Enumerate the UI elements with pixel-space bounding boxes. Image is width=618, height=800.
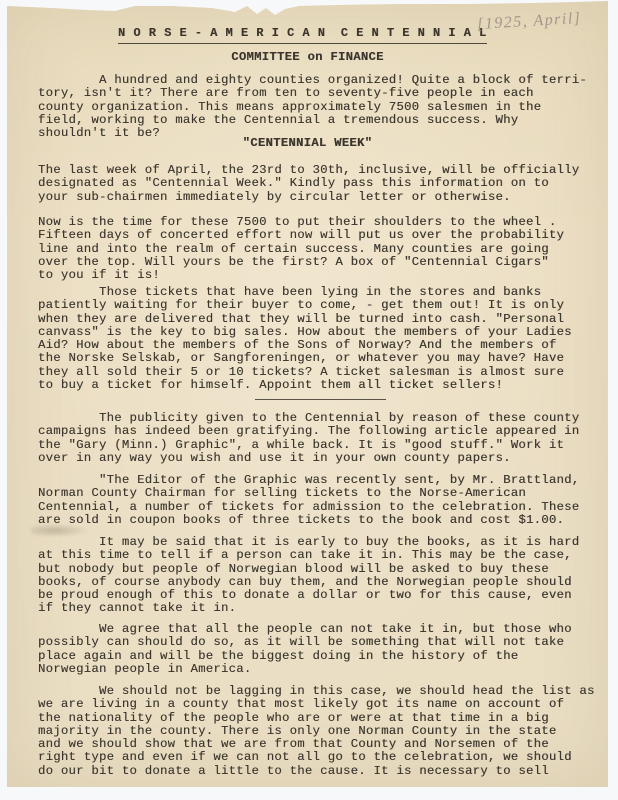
paragraph-counties-organized: A hundred and eighty counties organized!…: [38, 74, 587, 140]
paragraph-early-to-buy: It may be said that it is early to buy t…: [38, 536, 579, 616]
scanned-page-background: { "colors": { "page-bg": "#f7f8f9", "pap…: [0, 0, 618, 800]
centennial-week-heading: "CENTENNIAL WEEK": [7, 137, 608, 150]
document-title: N O R S E - A M E R I C A N C E N T E N …: [118, 27, 487, 44]
paragraph-graphic-editor: "The Editor of the Graphic was recently …: [38, 474, 579, 527]
paragraph-we-agree: We agree that all the people can not tak…: [38, 623, 572, 676]
paragraph-shoulders-to-wheel: Now is the time for these 7500 to put th…: [38, 216, 564, 282]
paragraph-not-lagging: We should not be lagging in this case, w…: [38, 685, 595, 778]
paragraph-publicity: The publicity given to the Centennial by…: [38, 412, 579, 465]
paragraph-centennial-week: The last week of April, the 23rd to 30th…: [38, 164, 579, 204]
section-divider-line: [255, 399, 386, 400]
document-page: N O R S E - A M E R I C A N C E N T E N …: [7, 0, 608, 787]
paragraph-tickets: Those tickets that have been lying in th…: [38, 286, 572, 392]
document-subtitle: COMMITTEE on FINANCE: [7, 51, 608, 64]
